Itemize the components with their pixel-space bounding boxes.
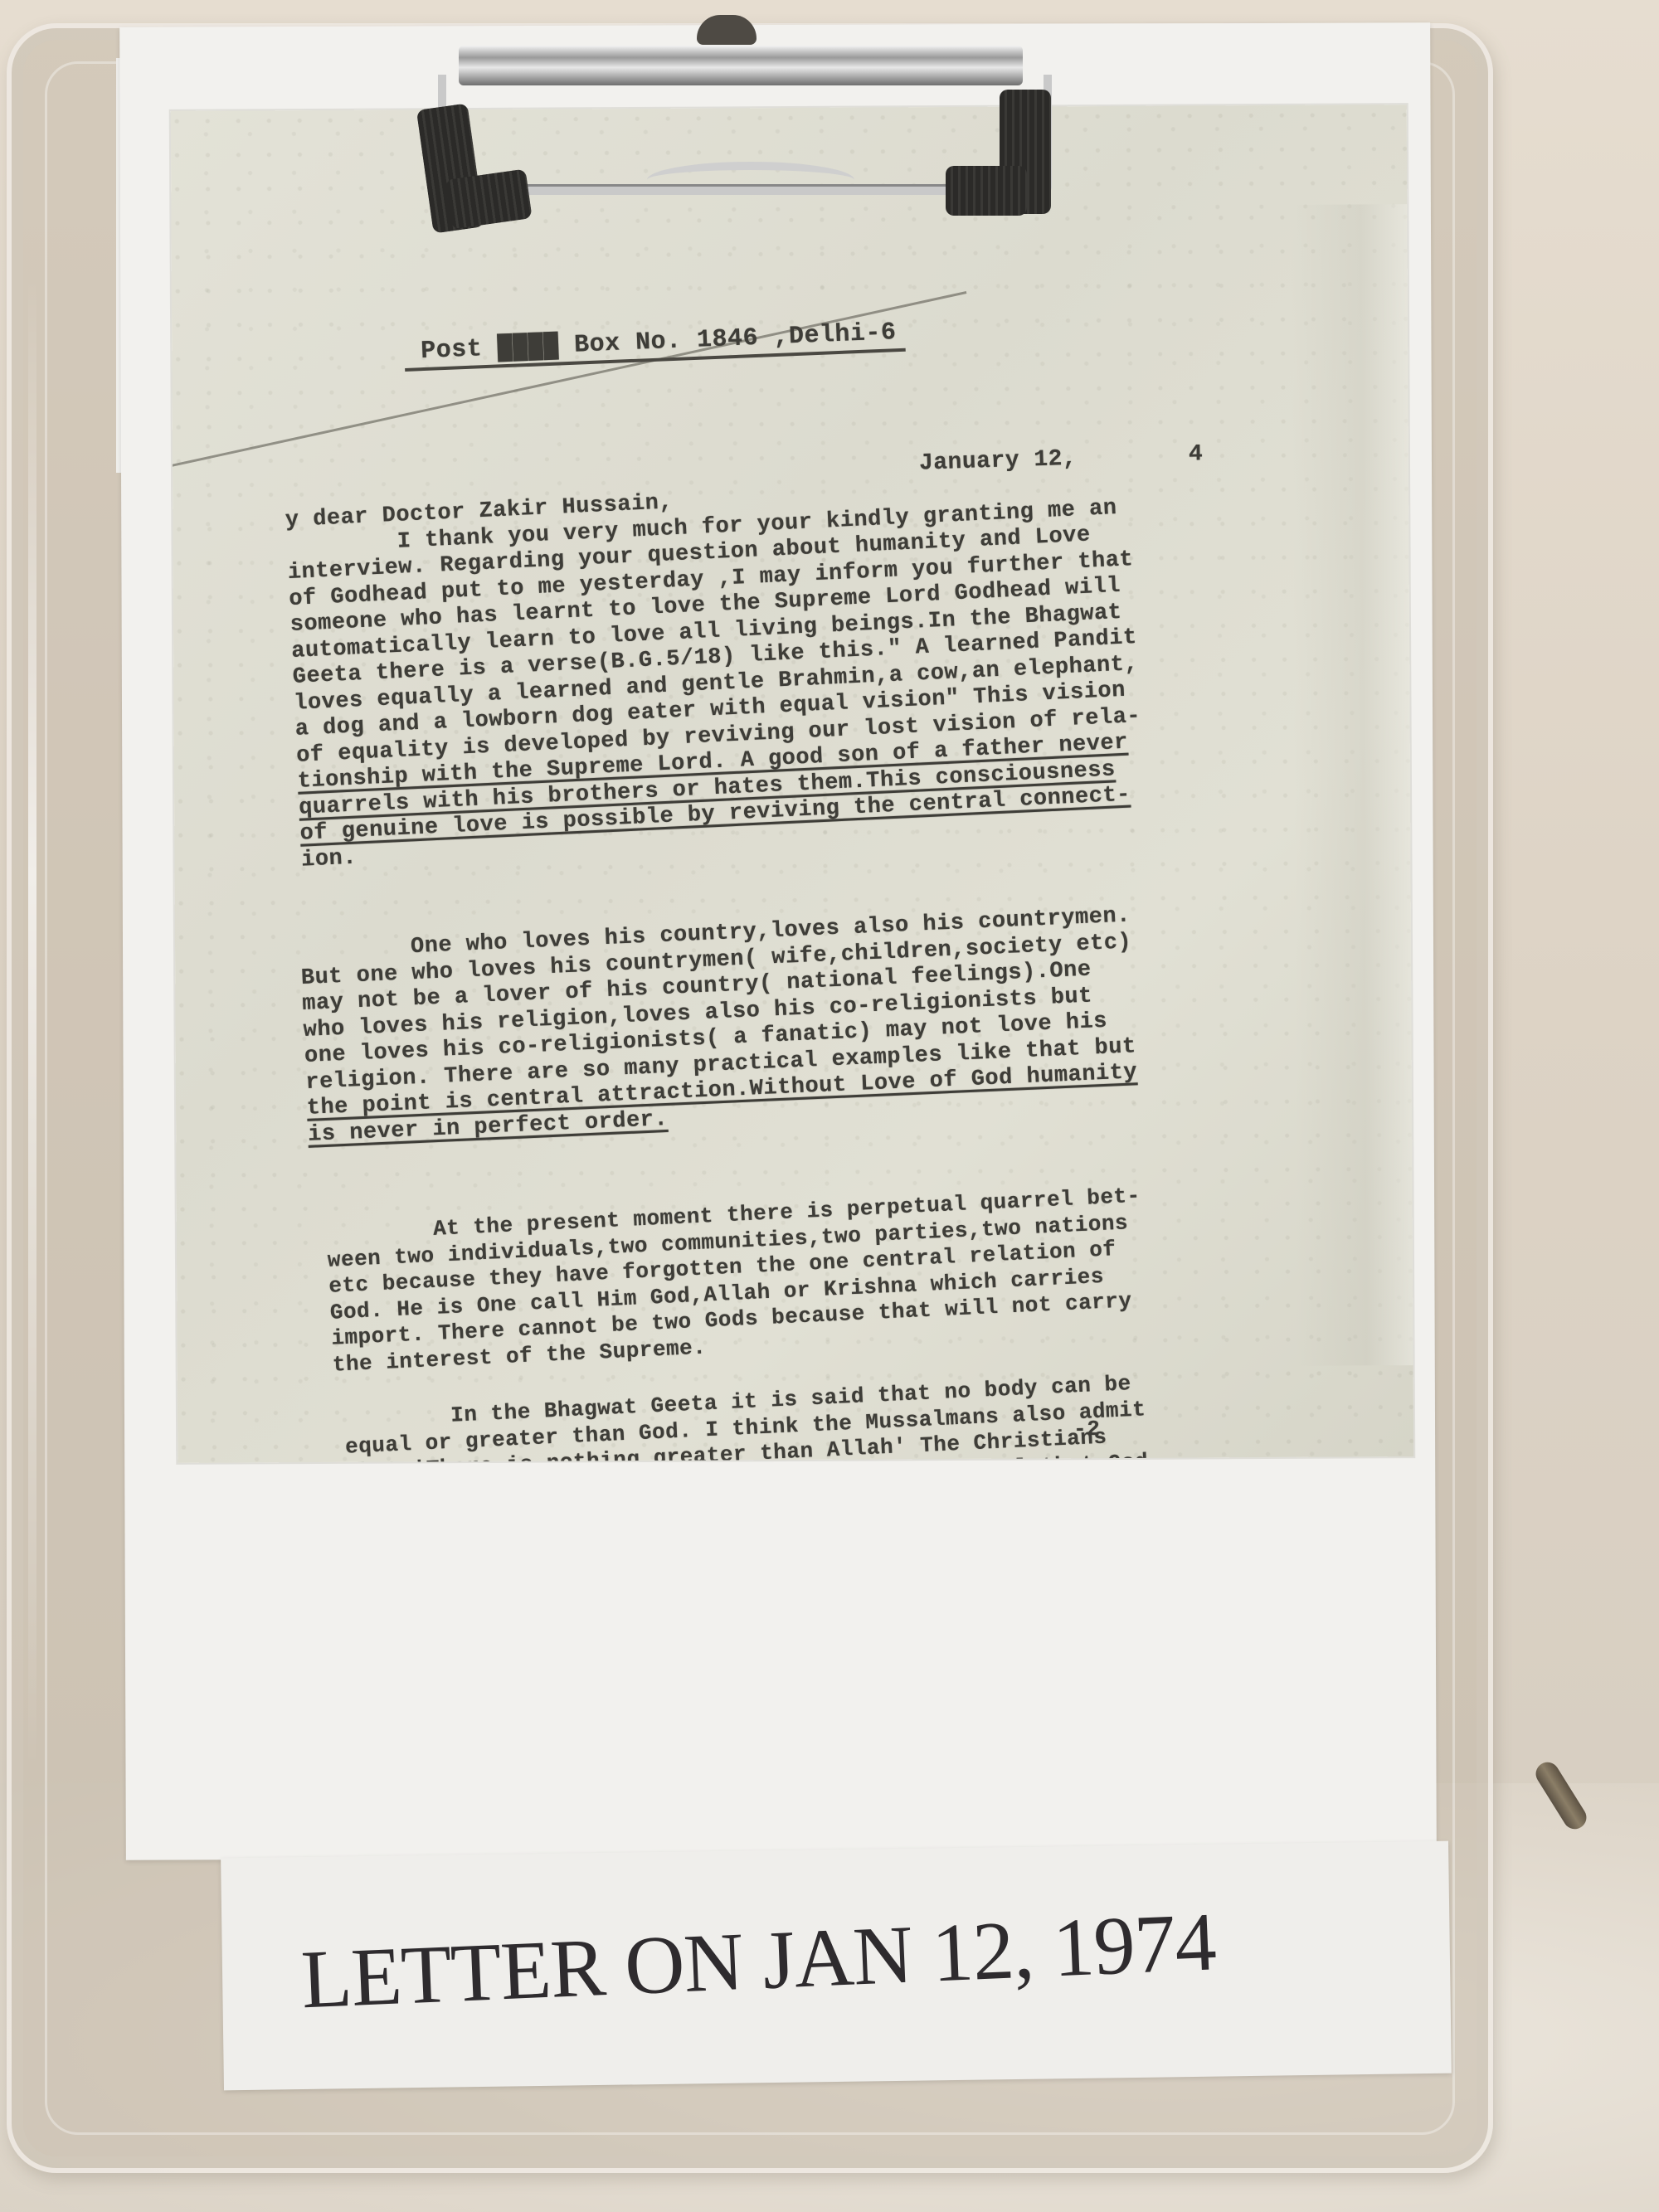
photocopy-edge — [1291, 204, 1413, 1366]
next-page-marker: -2 — [1073, 1417, 1100, 1441]
clip-rivet — [697, 15, 757, 45]
typed-letter: Post ████ Box No. 1846 ,Delhi-6 January … — [171, 105, 1414, 1463]
letter-body: y dear Doctor Zakir Hussain, I thank you… — [173, 509, 229, 666]
letterhead-address: Post ████ Box No. 1846 ,Delhi-6 — [404, 318, 906, 372]
paragraph-bhagwat-geeta: In the Bhagwat Geeta it is said that no … — [343, 1370, 1151, 1463]
paragraph-country-religion: One who loves his country,loves also his… — [299, 903, 1139, 1148]
caption-text: LETTER ON JAN 12, 1974 — [299, 1894, 1218, 2027]
caption-label: LETTER ON JAN 12, 1974 — [221, 1841, 1452, 2091]
clipboard-glare — [28, 277, 36, 1770]
paragraph-humanity-love: y dear Doctor Zakir Hussain, I thank you… — [285, 469, 1146, 874]
paragraph-perpetual-quarrel: At the present moment there is perpetual… — [326, 1184, 1147, 1378]
page-marker: 4 — [1189, 441, 1203, 467]
clip-grip-right-foot — [946, 166, 1027, 216]
fold-crease — [171, 291, 967, 470]
clip-wire-bump — [647, 162, 854, 198]
